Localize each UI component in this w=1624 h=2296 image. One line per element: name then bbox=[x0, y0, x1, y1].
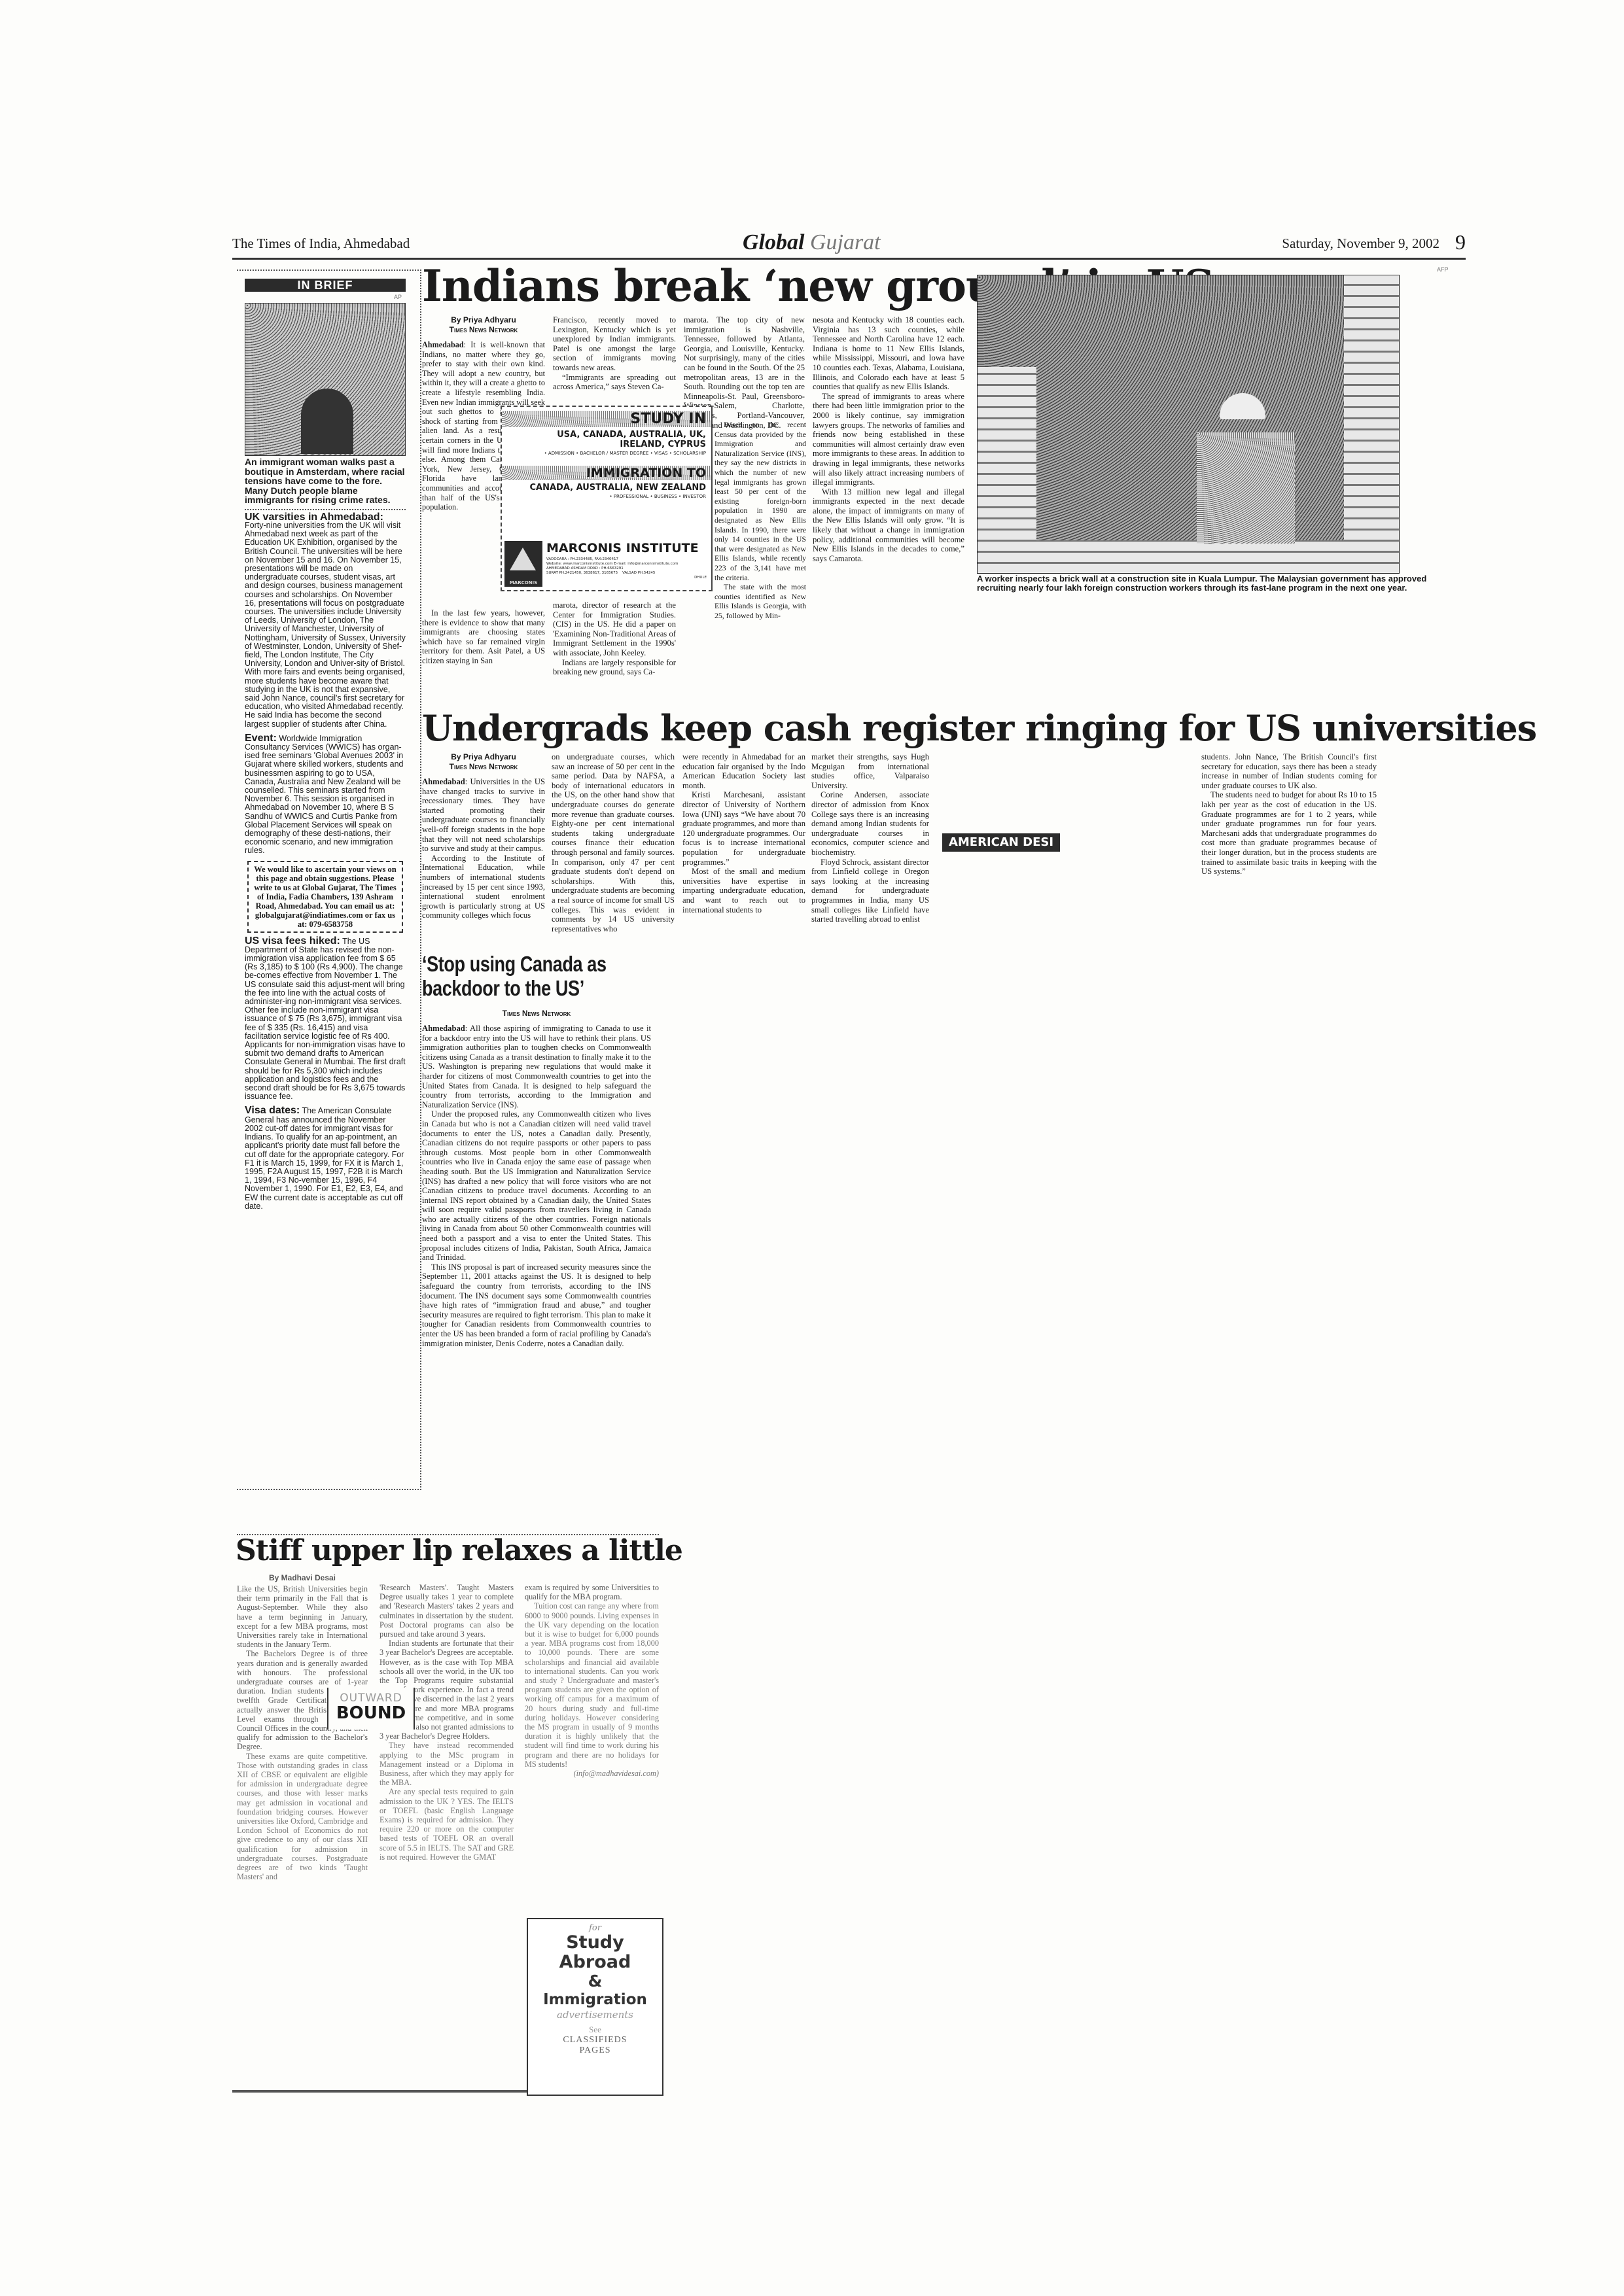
article-text: Based on the recent Census data provided… bbox=[715, 420, 806, 582]
page-bottom-rule bbox=[232, 2090, 527, 2093]
promo-see: See bbox=[528, 2025, 662, 2035]
headline-undergrads: Undergrads keep cash register ringing fo… bbox=[422, 708, 1536, 748]
indians-col-1b: In the last few years, however, there is… bbox=[422, 608, 545, 666]
article-text: Francisco, recently moved to Lexington, … bbox=[553, 315, 676, 373]
article-text: “Immigrants are spreading out across Ame… bbox=[553, 373, 676, 392]
undergrads-col-1: By Priya AdhyaruTimes News Network Ahmed… bbox=[422, 752, 545, 920]
ad-study-services: • ADMISSION • BACHELOR / MASTER DEGREE •… bbox=[502, 449, 711, 457]
headline-stiff-upper-lip: Stiff upper lip relaxes a little bbox=[236, 1534, 682, 1568]
dateline: Ahmedabad bbox=[422, 1024, 465, 1033]
promo-line-abroad: Abroad bbox=[528, 1953, 662, 1972]
brief-item-visa-dates: Visa dates: The American Consulate Gener… bbox=[245, 1106, 406, 1210]
article-text: They have instead recommended applying t… bbox=[380, 1741, 514, 1787]
masthead: The Times of India, Ahmedabad Global Guj… bbox=[232, 230, 1466, 256]
article-text: The spread of immigrants to areas where … bbox=[813, 392, 964, 487]
byline-author: By Priya Adhyaru bbox=[422, 315, 545, 325]
amsterdam-photo bbox=[245, 303, 406, 456]
masthead-rule bbox=[232, 258, 1466, 260]
outward-label-top: OUTWARD bbox=[328, 1692, 414, 1705]
byline-author: By Priya Adhyaru bbox=[422, 752, 545, 762]
ad-contact-line: Website: www.marconisinstitute.com E-mai… bbox=[546, 562, 707, 566]
article-text: The state with the most counties identif… bbox=[715, 582, 806, 620]
article-text: market their strengths, says Hugh Mcguig… bbox=[811, 752, 929, 790]
article-text: This INS proposal is part of increased s… bbox=[422, 1262, 651, 1348]
section-title-bold: Global bbox=[743, 230, 804, 254]
ad-contact-line: DHULE bbox=[546, 576, 707, 580]
worker-figure-shape bbox=[1197, 432, 1295, 544]
outward-label-bottom: BOUND bbox=[328, 1705, 414, 1722]
promo-line-study: Study bbox=[528, 1933, 662, 1953]
article-text: Kristi Marchesani, assistant director of… bbox=[682, 790, 805, 867]
publication-name: The Times of India, Ahmedabad bbox=[232, 235, 410, 252]
ad-immigration-header: IMMIGRATION TO bbox=[502, 466, 711, 480]
indians-col-3-mid: Based on the recent Census data provided… bbox=[715, 420, 806, 620]
ad-institute-name: MARCONIS INSTITUTE bbox=[546, 541, 699, 555]
brief-item-body: The American Consulate General has annou… bbox=[245, 1106, 404, 1210]
promo-line-immigration: Immigration bbox=[528, 1991, 662, 2009]
page-number: 9 bbox=[1455, 230, 1466, 254]
construction-worker-photo bbox=[977, 275, 1400, 574]
byline-author: By Madhavi Desai bbox=[237, 1573, 368, 1583]
article-text: With 13 million new legal and illegal im… bbox=[813, 487, 964, 564]
article-text: were recently in Ahmedabad for an educat… bbox=[682, 752, 805, 790]
article-text: Tuition cost can range any where from 60… bbox=[525, 1601, 659, 1769]
brief-item-body: Worldwide Immigration Consultancy Servic… bbox=[245, 734, 403, 856]
marconis-advertisement: STUDY IN USA, CANADA, AUSTRALIA, UK, IRE… bbox=[501, 406, 713, 591]
article-text: exam is required by some Universities to… bbox=[525, 1583, 659, 1601]
undergrads-col-4: market their strengths, says Hugh Mcguig… bbox=[811, 752, 929, 924]
byline-network: Times News Network bbox=[422, 325, 545, 335]
american-desi-badge: AMERICAN DESI bbox=[942, 833, 1060, 852]
in-brief-header: IN BRIEF bbox=[245, 279, 406, 292]
logo-triangle-icon bbox=[510, 548, 536, 570]
outward-bound-label: OUTWARD BOUND bbox=[327, 1688, 415, 1730]
article-text: students. John Nance, The British Counci… bbox=[1201, 752, 1377, 790]
undergrads-col-5: students. John Nance, The British Counci… bbox=[1201, 752, 1377, 877]
article-text: All those aspiring of immigrating to Can… bbox=[422, 1024, 651, 1109]
promo-classifieds: CLASSIFIEDS bbox=[528, 2035, 662, 2045]
dateline: Ahmedabad bbox=[422, 777, 465, 786]
ad-contact-line: VADODARA : PH.2334485, FAX:2340417 bbox=[546, 557, 707, 562]
ad-contact-line: AHMEDABAD ASHRAM ROAD : PH.6563291 bbox=[546, 566, 707, 571]
byline: Times News Network bbox=[422, 1009, 651, 1018]
section-title: Global Gujarat bbox=[743, 230, 881, 255]
canada-article-body: Times News Network Ahmedabad: All those … bbox=[422, 1009, 651, 1348]
article-text: Indians are largely responsible for brea… bbox=[553, 658, 676, 677]
byline-network: Times News Network bbox=[422, 762, 545, 772]
byline: By Madhavi Desai bbox=[237, 1573, 368, 1583]
section-title-light: Gujarat bbox=[810, 230, 881, 254]
brief-item-event: Event: Worldwide Immigration Consultancy… bbox=[245, 734, 406, 856]
article-text: Floyd Schrock, assistant director from L… bbox=[811, 858, 929, 924]
indians-col-4: nesota and Kentucky with 18 counties eac… bbox=[813, 315, 964, 563]
byline: By Priya AdhyaruTimes News Network bbox=[422, 752, 545, 772]
article-text: Like the US, British Universities begin … bbox=[237, 1584, 368, 1649]
ad-immigration-countries: CANADA, AUSTRALIA, NEW ZEALAND bbox=[502, 480, 711, 493]
article-text: These exams are quite competitive. Those… bbox=[237, 1752, 368, 1882]
article-text: Most of the small and medium universitie… bbox=[682, 867, 805, 914]
hard-hat-shape bbox=[1220, 393, 1265, 419]
promo-line-advertisements: advertisements bbox=[528, 2009, 662, 2021]
ad-study-countries: USA, CANADA, AUSTRALIA, UK, IRELAND, CYP… bbox=[502, 427, 711, 449]
article-text: Are any special tests required to gain a… bbox=[380, 1787, 514, 1862]
undergrads-col-2: on undergraduate courses, which saw an i… bbox=[552, 752, 675, 933]
article-text: In the last few years, however, there is… bbox=[422, 608, 545, 666]
in-brief-sidebar: IN BRIEF AP An immigrant woman walks pas… bbox=[237, 270, 421, 1490]
dateline: Ahmedabad bbox=[422, 340, 464, 349]
brief-item-title: UK varsities in Ahmedabad: bbox=[245, 513, 406, 521]
construction-photo-caption: A worker inspects a brick wall at a cons… bbox=[977, 574, 1435, 593]
brief-item-body: Forty-nine universities from the UK will… bbox=[245, 521, 406, 729]
headline-stop-using-canada: ‘Stop using Canada as backdoor to the US… bbox=[422, 952, 658, 1000]
undergrads-col-3: were recently in Ahmedabad for an educat… bbox=[682, 752, 805, 914]
article-text: Corine Andersen, associate director of a… bbox=[811, 790, 929, 857]
ad-contact-line: VALSAD PH.54245 bbox=[622, 571, 655, 575]
author-email: (info@madhavidesai.com) bbox=[525, 1769, 659, 1778]
issue-date: Saturday, November 9, 2002 bbox=[1282, 235, 1439, 252]
ad-study-header: STUDY IN bbox=[502, 411, 711, 427]
stiff-col-3: exam is required by some Universities to… bbox=[525, 1583, 659, 1778]
logo-text: MARCONIS bbox=[504, 580, 542, 585]
article-text: on undergraduate courses, which saw an i… bbox=[552, 752, 675, 933]
byline-network: Times News Network bbox=[422, 1009, 651, 1018]
reader-feedback-box: We would like to ascertain your views on… bbox=[247, 861, 403, 933]
brick-wall-bottom bbox=[978, 540, 1399, 573]
woman-figure-shape bbox=[301, 389, 353, 454]
ad-contact-line: SURAT PH.2421450, 3638617, 3165675 bbox=[546, 571, 618, 575]
ad-contact-details: VADODARA : PH.2334485, FAX:2340417 Websi… bbox=[546, 557, 707, 580]
dotted-divider bbox=[245, 509, 406, 510]
brief-item-visa-fees: US visa fees hiked: The US Department of… bbox=[245, 937, 406, 1102]
article-text: The students need to budget for about Rs… bbox=[1201, 790, 1377, 876]
article-text: According to the Institute of Internatio… bbox=[422, 854, 545, 920]
promo-for: for bbox=[528, 1923, 662, 1933]
article-text: Under the proposed rules, any Commonweal… bbox=[422, 1109, 651, 1262]
indians-col-2-lower: marota, director of research at the Cent… bbox=[553, 600, 676, 677]
brick-wall-right bbox=[1344, 275, 1399, 573]
ad-immigration-services: • PROFESSIONAL • BUSINESS • INVESTOR bbox=[502, 493, 711, 499]
marconis-logo: MARCONIS bbox=[504, 541, 542, 587]
promo-pages: PAGES bbox=[528, 2045, 662, 2056]
article-text: marota, director of research at the Cent… bbox=[553, 600, 676, 658]
byline: By Priya AdhyaruTimes News Network bbox=[422, 315, 545, 335]
brief-item-uk-varsities: UK varsities in Ahmedabad: Forty-nine un… bbox=[245, 513, 406, 729]
promo-line-ampersand: & bbox=[528, 1972, 662, 1991]
article-text: Universities in the US have changed trac… bbox=[422, 777, 545, 853]
amsterdam-photo-caption: An immigrant woman walks past a boutique… bbox=[245, 457, 406, 505]
indians-col-2: Francisco, recently moved to Lexington, … bbox=[553, 315, 676, 392]
study-abroad-promo-box: for Study Abroad & Immigration advertise… bbox=[527, 1918, 663, 2096]
article-text: nesota and Kentucky with 18 counties eac… bbox=[813, 315, 964, 392]
brief-item-body: The US Department of State has revised t… bbox=[245, 937, 406, 1102]
right-photo-credit: AFP bbox=[1437, 266, 1449, 273]
photo-credit: AP bbox=[245, 293, 402, 302]
article-text: 'Research Masters'. Taught Masters Degre… bbox=[380, 1583, 514, 1639]
